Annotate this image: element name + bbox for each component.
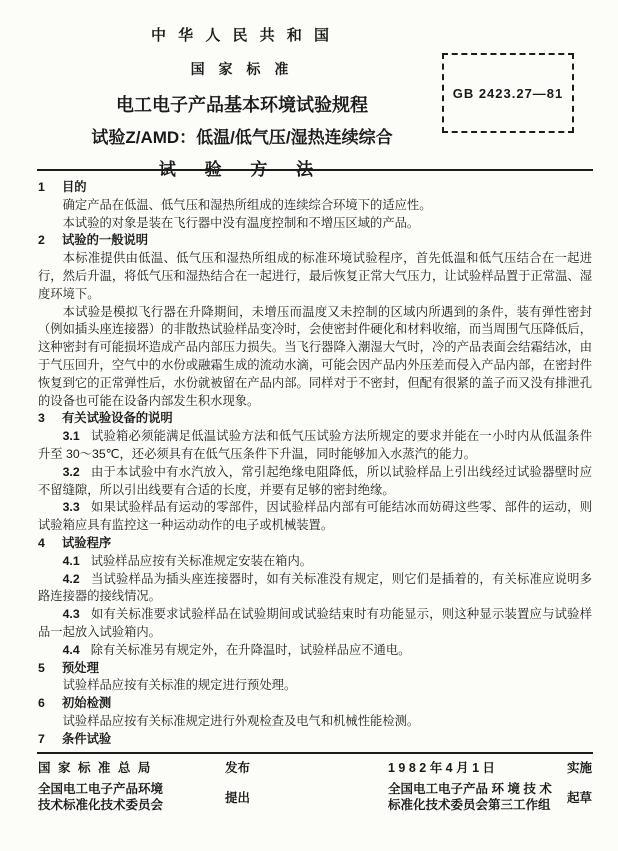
footer-draft-row: 全国电工电子产品 环 境 技 术 标准化技术委员会第三工作组 起草 — [388, 781, 592, 813]
section-item: 3.3如果试验样品有运动的零部件，因试验样品内部有可能结冰而妨碍这些零、部件的运… — [38, 499, 592, 535]
standard-document-page: 中 华 人 民 共 和 国 国 家 标 准 电工电子产品基本环境试验规程 试验Z… — [0, 0, 618, 851]
section-paragraph: 试验样品应按有关标准规定进行外观检查及电气和机械性能检测。 — [38, 713, 592, 731]
section-heading: 5预处理 — [38, 660, 592, 678]
proposer-name: 全国电工电子产品环境 技术标准化技术委员会 — [38, 781, 163, 813]
section-title: 试验程序 — [62, 536, 111, 550]
document-footer: 国 家 标 准 总 局 发布 全国电工电子产品环境 技术标准化技术委员会 提出 … — [38, 758, 592, 813]
document-title-line1: 电工电子产品基本环境试验规程 — [0, 91, 484, 117]
section-title: 有关试验设备的说明 — [62, 411, 173, 425]
section-paragraph: 本标准提供由低温、低气压和湿热所组成的标准环境试验程序，首先低温和低气压结合在一… — [38, 250, 592, 303]
section-paragraph: 本试验的对象是装在飞行器中没有温度控制和不增压区域的产品。 — [38, 215, 592, 233]
section-number: 2 — [38, 232, 62, 250]
section-title: 目的 — [62, 180, 87, 194]
section-paragraph: 试验样品应按有关标准的规定进行预处理。 — [38, 677, 592, 695]
section-item: 4.1试验样品应按有关标准规定安装在箱内。 — [38, 553, 592, 571]
document-title-line3: 试 验 方 法 — [0, 155, 484, 180]
section-heading: 4试验程序 — [38, 535, 592, 553]
section-heading: 6初始检测 — [38, 695, 592, 713]
footer-left-column: 国 家 标 准 总 局 发布 全国电工电子产品环境 技术标准化技术委员会 提出 — [38, 758, 250, 813]
footer-right-column: 1 9 8 2 年 4 月 1 日 实施 全国电工电子产品 环 境 技 术 标准… — [388, 758, 592, 813]
implement-label: 实施 — [567, 758, 592, 776]
document-body: 1目的确定产品在低温、低气压和湿热所组成的连续综合环境下的适应性。本试验的对象是… — [38, 179, 592, 749]
section-item: 4.2当试验样品为插头座连接器时，如有关标准没有规定，则它们是插着的，有关标准应… — [38, 571, 592, 607]
section-number: 1 — [38, 179, 62, 197]
item-number: 4.2 — [63, 572, 80, 586]
proposer-line2: 技术标准化技术委员会 — [38, 797, 163, 813]
section-number: 5 — [38, 660, 62, 678]
section-item: 3.2由于本试验中有水汽放入，常引起绝缘电阻降低，所以试验样品上引出线经过试验器… — [38, 464, 592, 500]
footer-divider — [37, 752, 593, 754]
section-number: 4 — [38, 535, 62, 553]
item-number: 3.3 — [63, 500, 80, 514]
section-paragraph: 本试验是模拟飞行器在升降期间，未增压而温度又未控制的区域内所遇到的条件，装有弹性… — [38, 304, 592, 411]
drafter-name: 全国电工电子产品 环 境 技 术 标准化技术委员会第三工作组 — [388, 781, 552, 813]
footer-propose-row: 全国电工电子产品环境 技术标准化技术委员会 提出 — [38, 781, 250, 813]
footer-publish-row: 国 家 标 准 总 局 发布 — [38, 758, 250, 776]
section-number: 6 — [38, 695, 62, 713]
section-number: 3 — [38, 410, 62, 428]
proposer-line1: 全国电工电子产品环境 — [38, 781, 163, 797]
document-header: 中 华 人 民 共 和 国 国 家 标 准 电工电子产品基本环境试验规程 试验Z… — [0, 24, 484, 180]
draft-label: 起草 — [567, 788, 592, 806]
item-number: 4.4 — [63, 643, 80, 657]
section-paragraph: 确定产品在低温、低气压和湿热所组成的连续综合环境下的适应性。 — [38, 197, 592, 215]
standard-code: GB 2423.27—81 — [453, 86, 564, 101]
propose-label: 提出 — [225, 788, 250, 806]
drafter-line1: 全国电工电子产品 环 境 技 术 — [388, 781, 552, 797]
item-number: 3.2 — [63, 465, 80, 479]
section-title: 预处理 — [62, 661, 99, 675]
section-heading: 2试验的一般说明 — [38, 232, 592, 250]
implement-date: 1 9 8 2 年 4 月 1 日 — [388, 758, 495, 776]
header-divider — [37, 169, 593, 171]
country-line: 中 华 人 民 共 和 国 — [0, 24, 484, 45]
footer-implement-row: 1 9 8 2 年 4 月 1 日 实施 — [388, 758, 592, 776]
section-heading: 3有关试验设备的说明 — [38, 410, 592, 428]
drafter-line2: 标准化技术委员会第三工作组 — [388, 797, 552, 813]
section-title: 初始检测 — [62, 696, 111, 710]
section-heading: 7条件试验 — [38, 731, 592, 749]
section-item: 3.1试验箱必须能满足低温试验方法和低气压试验方法所规定的要求并能在一小时内从低… — [38, 428, 592, 464]
section-heading: 1目的 — [38, 179, 592, 197]
standard-code-box: GB 2423.27—81 — [442, 53, 574, 133]
section-title: 条件试验 — [62, 732, 111, 746]
section-number: 7 — [38, 731, 62, 749]
section-title: 试验的一般说明 — [62, 233, 148, 247]
section-item: 4.3如有关标准要求试验样品在试验期间或试验结束时有功能显示，则这种显示装置应与… — [38, 606, 592, 642]
item-number: 3.1 — [63, 429, 80, 443]
publish-label: 发布 — [225, 758, 250, 776]
document-title-line2: 试验Z/AMD：低温/低气压/湿热连续综合 — [0, 123, 484, 148]
standard-type-line: 国 家 标 准 — [0, 59, 484, 79]
section-item: 4.4除有关标准另有规定外，在升降温时，试验样品应不通电。 — [38, 642, 592, 660]
publisher-name: 国 家 标 准 总 局 — [38, 758, 152, 776]
item-number: 4.3 — [63, 607, 80, 621]
item-number: 4.1 — [63, 554, 80, 568]
